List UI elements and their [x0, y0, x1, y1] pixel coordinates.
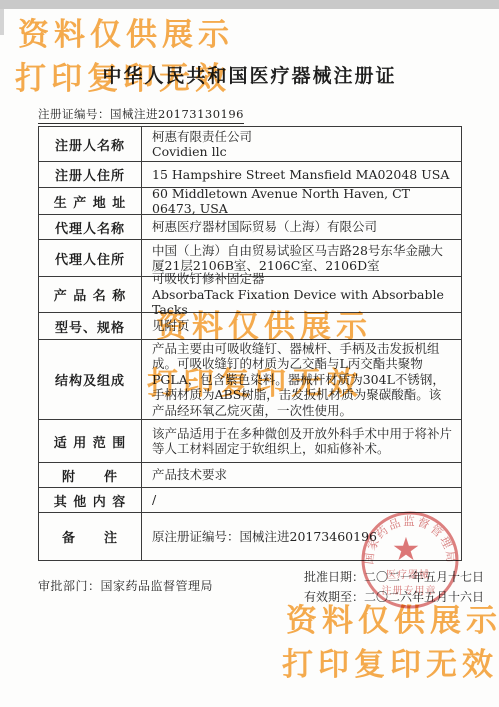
row-value: 15 Hampshire Street Mansfield MA02048 US…	[142, 162, 461, 187]
value-line: 见附页	[152, 318, 453, 334]
certificate-number-label: 注册证编号：	[38, 107, 110, 121]
certificate-number: 注册证编号：国械注进20173130196	[38, 106, 244, 124]
row-value: 该产品适用于在多种微创及开放外科手术中用于将补片等人工材料固定于软组织上，如疝修…	[142, 420, 461, 462]
row-label: 备 注	[39, 513, 142, 560]
approval-department-value: 国家药品监督管理局	[101, 579, 214, 593]
row-label: 代理人名称	[39, 215, 142, 239]
row-label: 注册人住所	[39, 162, 142, 187]
watermark-display-only-bottom: 资料仅供展示	[286, 606, 499, 637]
value-line: 原注册证编号：国械注进20173460196	[152, 529, 453, 545]
table-row-other-content: 其 他 内 容 /	[39, 487, 461, 512]
value-line: 可吸收钉修补固定器	[152, 271, 453, 287]
watermark-display-only-top: 资料仅供展示	[18, 20, 234, 51]
certificate-number-value: 国械注进20173130196	[110, 107, 244, 121]
row-label: 其 他 内 容	[39, 488, 142, 512]
row-value: 60 Middletown Avenue North Haven, CT 064…	[142, 188, 461, 214]
row-value: 产品技术要求	[142, 463, 461, 487]
row-label: 适 用 范 围	[39, 420, 142, 462]
row-value: 原注册证编号：国械注进20173460196	[142, 513, 461, 560]
value-line: 中国（上海）自由贸易试验区马吉路28号东华金融大厦21层2106B室、2106C…	[152, 243, 453, 274]
scan-edge-left	[0, 9, 4, 35]
table-row-scope-of-application: 适 用 范 围 该产品适用于在多种微创及开放外科手术中用于将补片等人工材料固定于…	[39, 419, 461, 462]
value-line: Covidien llc	[152, 144, 453, 160]
value-line: /	[152, 492, 453, 508]
table-row-registrant-name: 注册人名称 柯惠有限责任公司 Covidien llc	[39, 127, 461, 161]
row-label: 结构及组成	[39, 340, 142, 419]
value-line: 该产品适用于在多种微创及开放外科手术中用于将补片等人工材料固定于软组织上，如疝修…	[152, 426, 453, 457]
table-row-attachment: 附 件 产品技术要求	[39, 462, 461, 487]
row-value: 见附页	[142, 313, 461, 339]
value-line: 柯惠医疗器材国际贸易（上海）有限公司	[152, 219, 453, 235]
value-line: 柯惠有限责任公司	[152, 129, 453, 145]
row-value: 产品主要由可吸收缝钉、器械杆、手柄及击发扳机组成。可吸收缝钉的材质为乙交酯与L丙…	[142, 340, 461, 419]
valid-until-date: 有效期至：二〇二六年五月十六日	[304, 588, 484, 605]
row-value: /	[142, 488, 461, 512]
row-label: 型号、规格	[39, 313, 142, 339]
valid-until-label: 有效期至：	[304, 590, 364, 604]
table-row-registrant-address: 注册人住所 15 Hampshire Street Mansfield MA02…	[39, 161, 461, 187]
value-line: 60 Middletown Avenue North Haven, CT 064…	[152, 186, 453, 217]
row-label: 附 件	[39, 463, 142, 487]
value-line: 产品技术要求	[152, 467, 453, 483]
row-value: 可吸收钉修补固定器 AbsorbaTack Fixation Device wi…	[142, 277, 461, 312]
row-label: 产 品 名 称	[39, 277, 142, 312]
table-row-structure-composition: 结构及组成 产品主要由可吸收缝钉、器械杆、手柄及击发扳机组成。可吸收缝钉的材质为…	[39, 339, 461, 419]
approval-date-value: 二〇二一年五月十七日	[364, 570, 484, 584]
value-line: 15 Hampshire Street Mansfield MA02048 US…	[152, 167, 453, 183]
valid-until-value: 二〇二六年五月十六日	[364, 590, 484, 604]
certificate-page: 中华人民共和国医疗器械注册证 注册证编号：国械注进20173130196 注册人…	[0, 0, 499, 707]
table-row-product-name: 产 品 名 称 可吸收钉修补固定器 AbsorbaTack Fixation D…	[39, 276, 461, 312]
certificate-table: 注册人名称 柯惠有限责任公司 Covidien llc 注册人住所 15 Ham…	[38, 126, 462, 561]
row-label: 代理人住所	[39, 240, 142, 276]
approval-date-label: 批准日期：	[304, 570, 364, 584]
approval-department-label: 审批部门：	[38, 579, 101, 593]
approval-department: 审批部门：国家药品监督管理局	[38, 577, 213, 594]
row-value: 柯惠医疗器材国际贸易（上海）有限公司	[142, 215, 461, 239]
approval-date: 批准日期：二〇二一年五月十七日	[304, 568, 484, 585]
table-row-remarks: 备 注 原注册证编号：国械注进20173460196	[39, 512, 461, 560]
table-row-model-spec: 型号、规格 见附页	[39, 312, 461, 339]
scan-edge-top	[0, 0, 499, 9]
row-label: 注册人名称	[39, 127, 142, 161]
row-value: 柯惠有限责任公司 Covidien llc	[142, 127, 461, 161]
table-row-production-address: 生 产 地 址 60 Middletown Avenue North Haven…	[39, 187, 461, 214]
row-label: 生 产 地 址	[39, 188, 142, 214]
value-line: 产品主要由可吸收缝钉、器械杆、手柄及击发扳机组成。可吸收缝钉的材质为乙交酯与L丙…	[152, 341, 453, 419]
watermark-copy-invalid-bottom: 打印复印无效	[282, 650, 498, 681]
page-title: 中华人民共和国医疗器械注册证	[0, 61, 499, 88]
table-row-agent-name: 代理人名称 柯惠医疗器材国际贸易（上海）有限公司	[39, 214, 461, 239]
